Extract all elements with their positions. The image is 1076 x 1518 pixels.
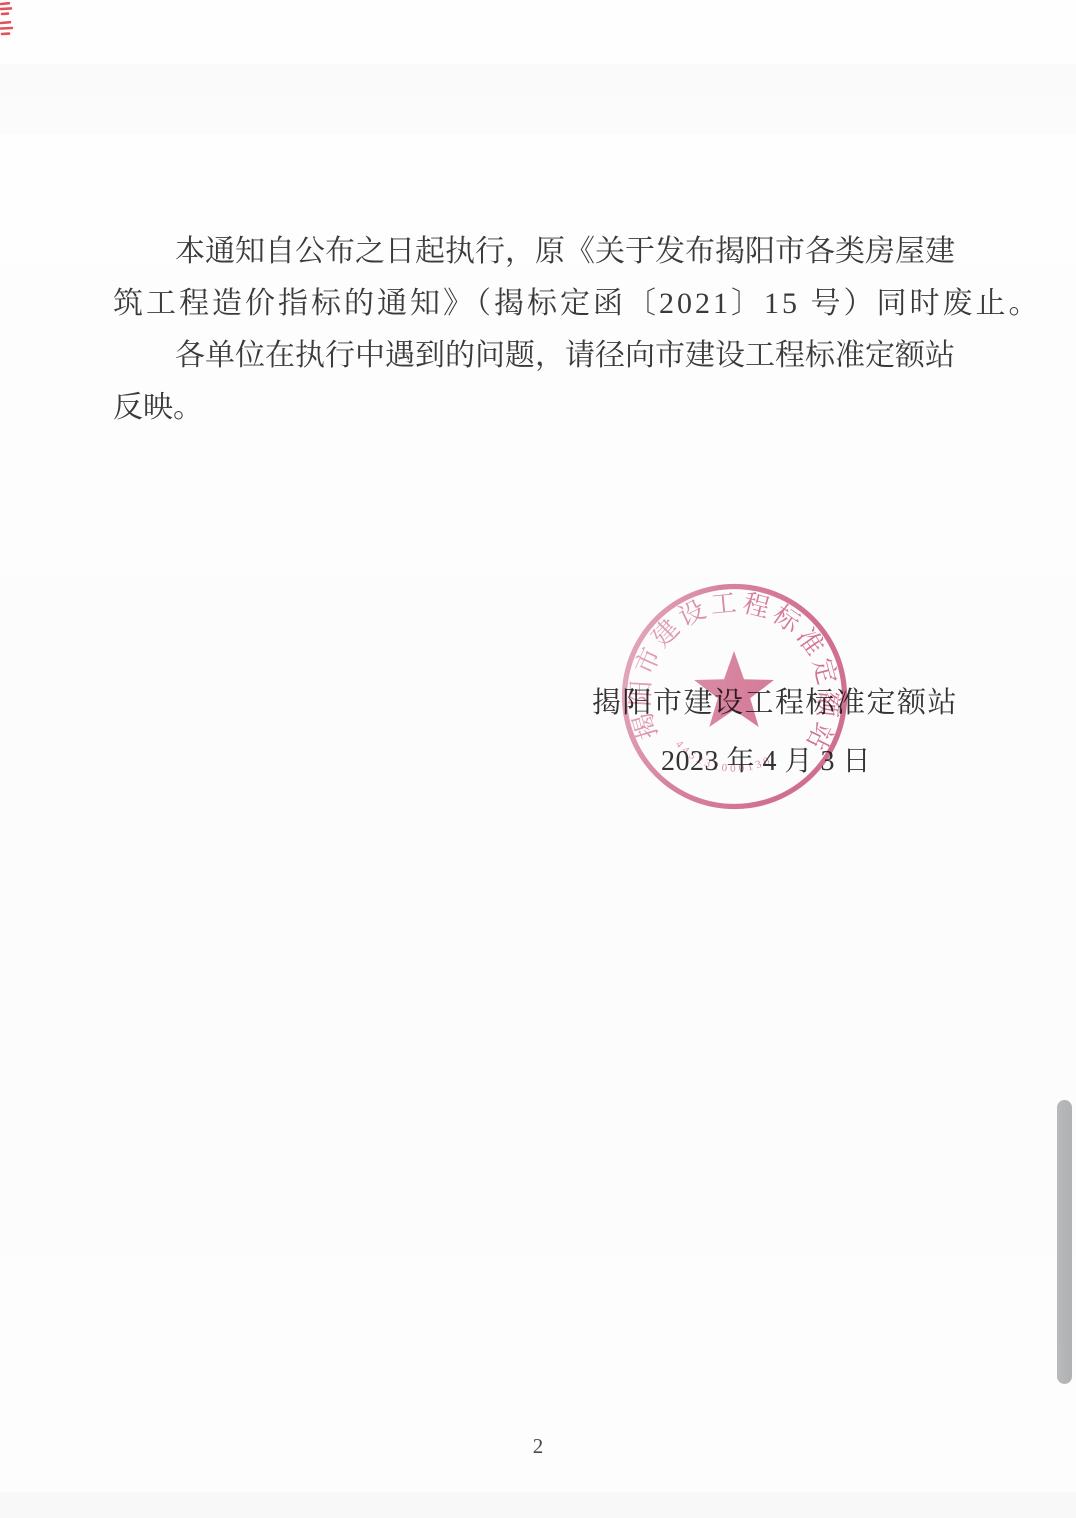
seal-curved-text: 揭阳市建设工程标准定额站 (626, 588, 844, 758)
paragraph1-line2: 筑工程造价指标的通知》（揭标定函〔2021〕15 号）同时废止。 (113, 278, 965, 330)
scan-artifact-band (0, 64, 1076, 98)
scrollbar-thumb[interactable] (1057, 1100, 1072, 1384)
paragraph1-line1: 本通知自公布之日起执行，原《关于发布揭阳市各类房屋建 (113, 226, 965, 278)
signature-organization: 揭阳市建设工程标准定额站 (592, 680, 958, 721)
scan-artifact-band (0, 98, 1076, 134)
corner-red-marks (0, 1, 30, 57)
scan-artifact-band (0, 1492, 1076, 1518)
signature-date: 2023 年 4 月 3 日 (661, 739, 871, 779)
notice-body: 本通知自公布之日起执行，原《关于发布揭阳市各类房屋建 筑工程造价指标的通知》（揭… (113, 226, 965, 434)
document-page: 本通知自公布之日起执行，原《关于发布揭阳市各类房屋建 筑工程造价指标的通知》（揭… (0, 0, 1076, 1518)
red-mark-icon (1, 3, 12, 34)
page-number: 2 (0, 1434, 1076, 1459)
paragraph2-line2: 反映。 (113, 382, 965, 434)
paragraph2-line1: 各单位在执行中遇到的问题，请径向市建设工程标准定额站 (113, 330, 965, 382)
